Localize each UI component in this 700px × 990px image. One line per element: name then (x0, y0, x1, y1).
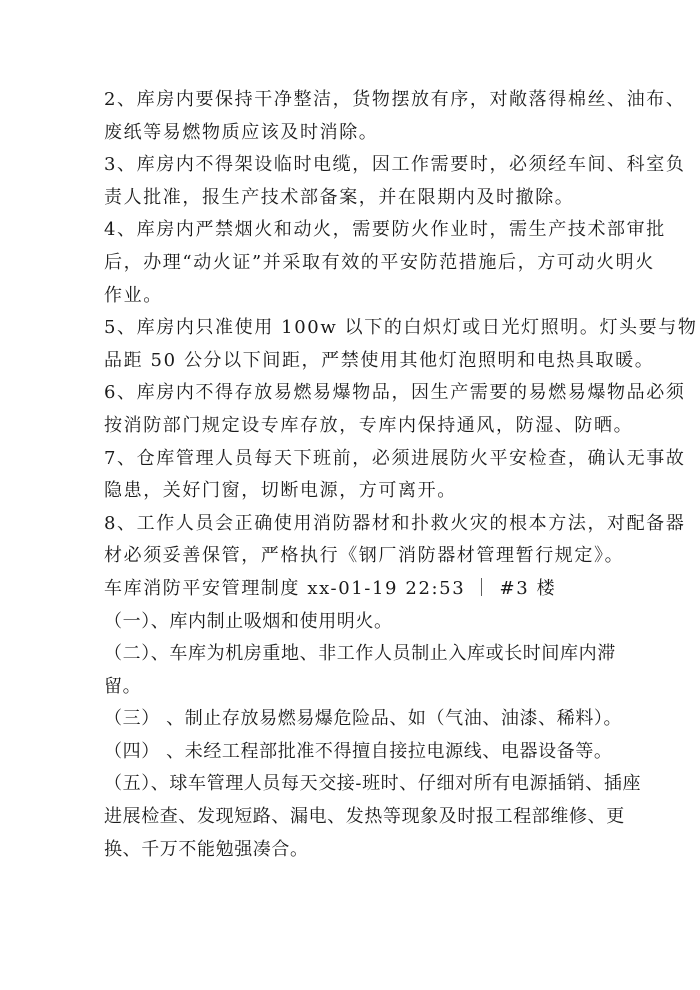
rule-7-line-2: 隐患，关好门窗，切断电源，方可离开。 (104, 475, 604, 508)
rule-7-line-1: 7、仓库管理人员每天下班前，必须进展防火平安检查，确认无事故 (104, 443, 604, 476)
rule-2-line-2: 废纸等易燃物质应该及时消除。 (104, 117, 604, 150)
item-5-line-3: 换、千万不能勉强凑合。 (104, 834, 604, 867)
item-1-line-1: （一）、库内制止吸烟和使用明火。 (104, 606, 604, 639)
rule-4-line-2: 后，办理“动火证”并采取有效的平安防范措施后，方可动火明火 (104, 247, 604, 280)
rule-8-line-1: 8、工作人员会正确使用消防器材和扑救火灾的根本方法，对配备器 (104, 508, 604, 541)
rule-5-line-1: 5、库房内只准使用 100w 以下的白炽灯或日光灯照明。灯头要与物 (104, 312, 604, 345)
rule-6-line-1: 6、库房内不得存放易燃易爆物品，因生产需要的易燃易爆物品必须 (104, 377, 604, 410)
rule-6-line-2: 按消防部门规定设专库存放，专库内保持通风，防湿、防晒。 (104, 410, 604, 443)
rule-3-line-1: 3、库房内不得架设临时电缆，因工作需要时，必须经车间、科室负 (104, 149, 604, 182)
item-5-line-2: 进展检查、发现短路、漏电、发热等现象及时报工程部维修、更 (104, 801, 604, 834)
rule-2-line-1: 2、库房内要保持干净整洁，货物摆放有序，对敞落得棉丝、油布、 (104, 84, 604, 117)
rule-8-line-2: 材必须妥善保管，严格执行《钢厂消防器材管理暂行规定》。 (104, 540, 604, 573)
item-5-line-1: （五）、球车管理人员每天交接-班时、仔细对所有电源插销、插座 (104, 768, 604, 801)
item-4-line-1: （四） 、未经工程部批准不得擅自接拉电源线、电器设备等。 (104, 736, 604, 769)
rule-4-line-3: 作业。 (104, 280, 604, 313)
document-page: 2、库房内要保持干净整洁，货物摆放有序，对敞落得棉丝、油布、 废纸等易燃物质应该… (104, 84, 604, 866)
rule-5-line-2: 品距 50 公分以下间距，严禁使用其他灯泡照明和电热具取暖。 (104, 345, 604, 378)
item-3-line-1: （三） 、制止存放易燃易爆危险品、如（气油、油漆、稀料）。 (104, 703, 604, 736)
item-2-line-2: 留。 (104, 671, 604, 704)
rule-4-line-1: 4、库房内严禁烟火和动火，需要防火作业时，需生产技术部审批 (104, 214, 604, 247)
section-heading: 车库消防平安管理制度 xx-01-19 22:53 ｜ #3 楼 (104, 573, 604, 606)
item-2-line-1: （二）、车库为机房重地、非工作人员制止入库或长时间库内滞 (104, 638, 604, 671)
rule-3-line-2: 责人批准，报生产技术部备案，并在限期内及时撤除。 (104, 182, 604, 215)
